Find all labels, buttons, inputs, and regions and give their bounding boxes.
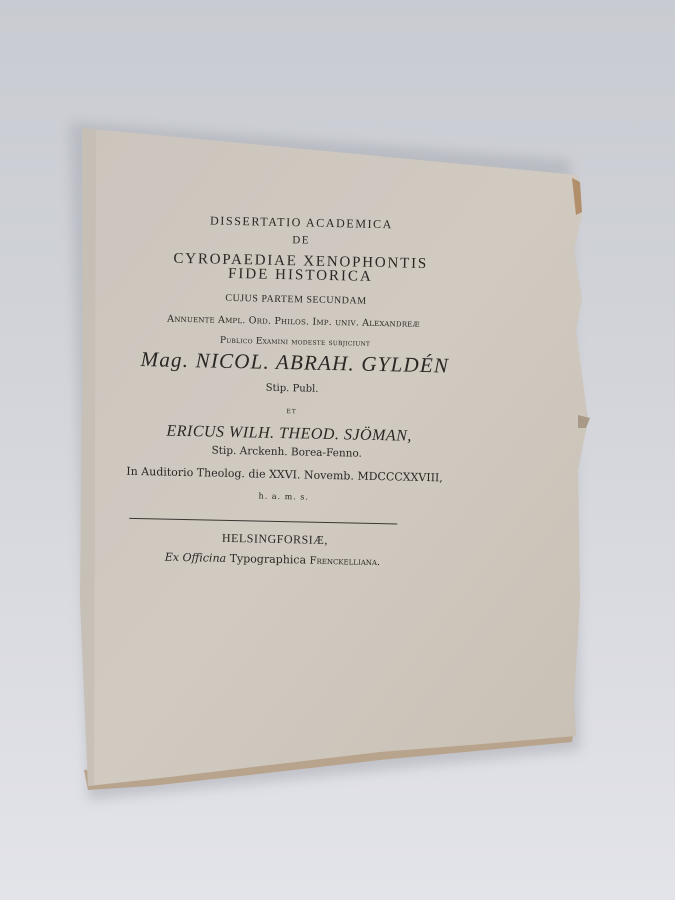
printer-prefix: Ex Officina <box>165 551 227 565</box>
printer-mid: Typographica <box>230 552 307 567</box>
printer-name: Frenckelliana. <box>309 556 380 568</box>
